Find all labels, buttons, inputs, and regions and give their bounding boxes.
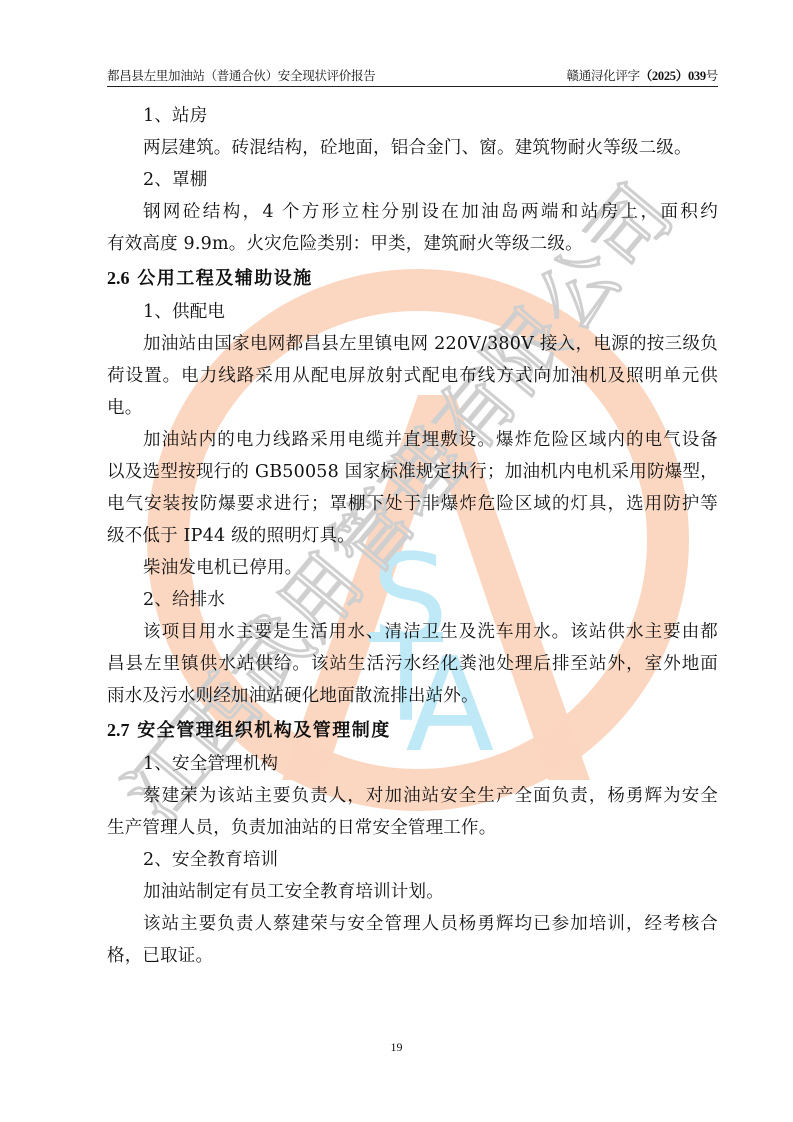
paragraph-line: 柴油发电机已停用。 [107,552,718,584]
paragraph-line: 格，已取证。 [107,940,718,972]
paragraph-line: 蔡建荣为该站主要负责人，对加油站安全生产全面负责，杨勇辉为安全 [107,780,718,812]
page-header: 都昌县左里加油站（普通合伙）安全现状评价报告 赣通浔化评字（2025）039号 [107,66,718,87]
paragraph-line: 两层建筑。砖混结构，砼地面，铝合金门、窗。建筑物耐火等级二级。 [107,132,718,164]
paragraph-line: 昌县左里镇供水站供给。该站生活污水经化粪池处理后排至站外，室外地面 [107,648,718,680]
paragraph-line: 钢网砼结构，4 个方形立柱分别设在加油岛两端和站房上，面积约 260m²， [107,196,718,228]
document-page: S T A 江西武用管理有限公司 都昌县左里加油站（普通合伙）安全现状评价报告 … [0,0,793,1122]
section-number: 2.6 [107,268,130,288]
report-number: 赣通浔化评字（2025）039号 [567,66,718,84]
paragraph-line: 加油站由国家电网都昌县左里镇电网 220V/380V 接入，电源的按三级负 [107,328,718,360]
paragraph-line: 电气安装按防爆要求进行；罩棚下处于非爆炸危险区域的灯具，选用防护等 [107,488,718,520]
paragraph-line: 该项目用水主要是生活用水、清洁卫生及洗车用水。该站供水主要由都 [107,616,718,648]
paragraph-line: 该站主要负责人蔡建荣与安全管理人员杨勇辉均已参加培训，经考核合 [107,908,718,940]
paragraph-line: 以及选型按现行的 GB50058 国家标准规定执行；加油机内电机采用防爆型， [107,456,718,488]
list-item-heading: 1、安全管理机构 [107,748,718,780]
paragraph-line: 加油站制定有员工安全教育培训计划。 [107,876,718,908]
paragraph-line: 生产管理人员，负责加油站的日常安全管理工作。 [107,812,718,844]
list-item-heading: 2、给排水 [107,584,718,616]
page-number: 19 [0,1040,793,1055]
document-body: 1、站房两层建筑。砖混结构，砼地面，铝合金门、窗。建筑物耐火等级二级。2、罩棚钢… [107,100,718,972]
list-item-heading: 2、罩棚 [107,164,718,196]
section-title: 公用工程及辅助设施 [137,268,313,289]
list-item-heading: 2、安全教育培训 [107,844,718,876]
list-item-heading: 1、供配电 [107,296,718,328]
report-title: 都昌县左里加油站（普通合伙）安全现状评价报告 [107,66,375,84]
section-heading: 2.6 公用工程及辅助设施 [107,260,718,296]
section-heading: 2.7 安全管理组织机构及管理制度 [107,712,718,748]
paragraph-line: 雨水及污水则经加油站硬化地面散流排出站外。 [107,680,718,712]
section-title: 安全管理组织机构及管理制度 [137,720,391,741]
list-item-heading: 1、站房 [107,100,718,132]
paragraph-line: 荷设置。电力线路采用从配电屏放射式配电布线方式向加油机及照明单元供 [107,360,718,392]
paragraph-line: 有效高度 9.9m。火灾危险类别：甲类，建筑耐火等级二级。 [107,228,718,260]
paragraph-line: 级不低于 IP44 级的照明灯具。 [107,520,718,552]
section-number: 2.7 [107,720,130,740]
paragraph-line: 电。 [107,392,718,424]
paragraph-line: 加油站内的电力线路采用电缆并直埋敷设。爆炸危险区域内的电气设备 [107,424,718,456]
